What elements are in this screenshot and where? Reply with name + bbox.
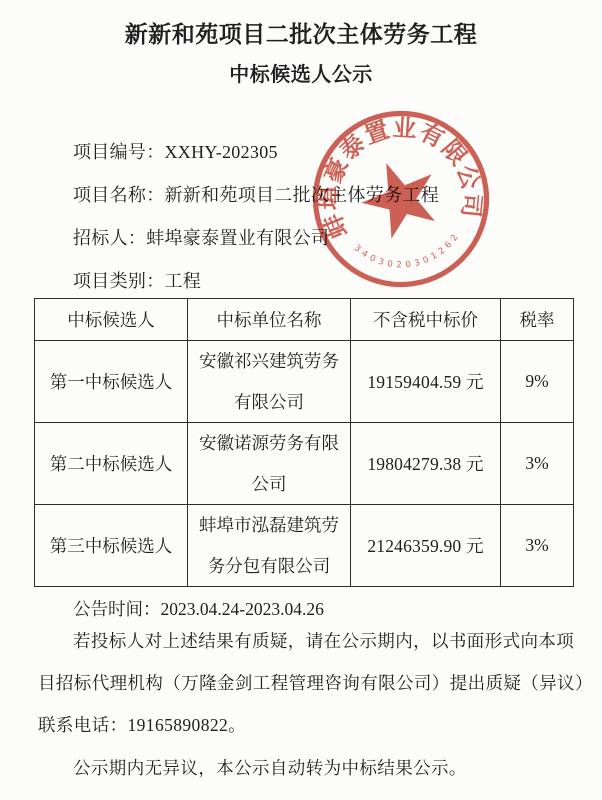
cell-price: 19159404.59 元 <box>351 341 501 423</box>
seal-company-text: 蚌埠豪泰置业有限公司 <box>306 104 489 243</box>
field-label: 项目编号： <box>73 142 165 162</box>
announce-value: 2023.04.24-2023.04.26 <box>161 599 324 619</box>
cell-tax-rate: 9% <box>501 341 574 423</box>
seal-code-text: 3403020301262 <box>351 229 466 278</box>
table-header-row: 中标候选人 中标单位名称 不含税中标价 税率 <box>35 299 574 341</box>
header-company: 中标单位名称 <box>188 299 351 341</box>
cell-company: 安徽祁兴建筑劳务有限公司 <box>188 341 351 423</box>
field-value: 蚌埠豪泰置业有限公司 <box>146 228 329 248</box>
field-value: 工程 <box>165 271 202 291</box>
field-value: 新新和苑项目二批次主体劳务工程 <box>165 185 440 205</box>
closing-statement: 公示期内无异议，本公示自动转为中标结果公示。 <box>73 755 467 780</box>
cell-candidate: 第二中标候选人 <box>35 423 188 505</box>
announcement-document: 新新和苑项目二批次主体劳务工程 中标候选人公示 项目编号：XXHY-202305… <box>0 0 602 800</box>
field-label: 项目名称： <box>73 185 165 205</box>
field-label: 招标人： <box>73 228 146 248</box>
header-tax-rate: 税率 <box>501 299 574 341</box>
announcement-period: 公告时间：2023.04.24-2023.04.26 <box>73 596 324 621</box>
cell-company: 蚌埠市泓磊建筑劳务分包有限公司 <box>188 505 351 587</box>
cell-candidate: 第三中标候选人 <box>35 505 188 587</box>
field-project-category: 项目类别：工程 <box>73 267 201 293</box>
table-row: 第二中标候选人 安徽诺源劳务有限公司 19804279.38 元 3% <box>35 423 574 505</box>
header-candidate: 中标候选人 <box>35 299 188 341</box>
header-price: 不含税中标价 <box>351 299 501 341</box>
objection-paragraph-line2: 目招标代理机构（万隆金剑工程管理咨询有限公司）提出质疑（异议） <box>38 670 593 695</box>
document-subtitle: 中标候选人公示 <box>0 58 602 87</box>
field-label: 项目类别： <box>73 271 165 291</box>
field-project-name: 项目名称：新新和苑项目二批次主体劳务工程 <box>73 181 439 207</box>
cell-tax-rate: 3% <box>501 505 574 587</box>
bid-candidates-table: 中标候选人 中标单位名称 不含税中标价 税率 第一中标候选人 安徽祁兴建筑劳务有… <box>34 298 574 587</box>
objection-paragraph-line1: 若投标人对上述结果有质疑，请在公示期内，以书面形式向本项 <box>73 628 574 653</box>
field-project-number: 项目编号：XXHY-202305 <box>73 138 278 164</box>
document-title: 新新和苑项目二批次主体劳务工程 <box>0 16 602 49</box>
cell-tax-rate: 3% <box>501 423 574 505</box>
table-row: 第三中标候选人 蚌埠市泓磊建筑劳务分包有限公司 21246359.90 元 3% <box>35 505 574 587</box>
objection-paragraph-line3: 联系电话：19165890822。 <box>38 712 246 737</box>
field-value: XXHY-202305 <box>165 142 278 162</box>
announce-label: 公告时间： <box>73 599 161 619</box>
cell-price: 19804279.38 元 <box>351 423 501 505</box>
field-tenderer: 招标人：蚌埠豪泰置业有限公司 <box>73 224 329 250</box>
cell-candidate: 第一中标候选人 <box>35 341 188 423</box>
table-row: 第一中标候选人 安徽祁兴建筑劳务有限公司 19159404.59 元 9% <box>35 341 574 423</box>
cell-price: 21246359.90 元 <box>351 505 501 587</box>
cell-company: 安徽诺源劳务有限公司 <box>188 423 351 505</box>
